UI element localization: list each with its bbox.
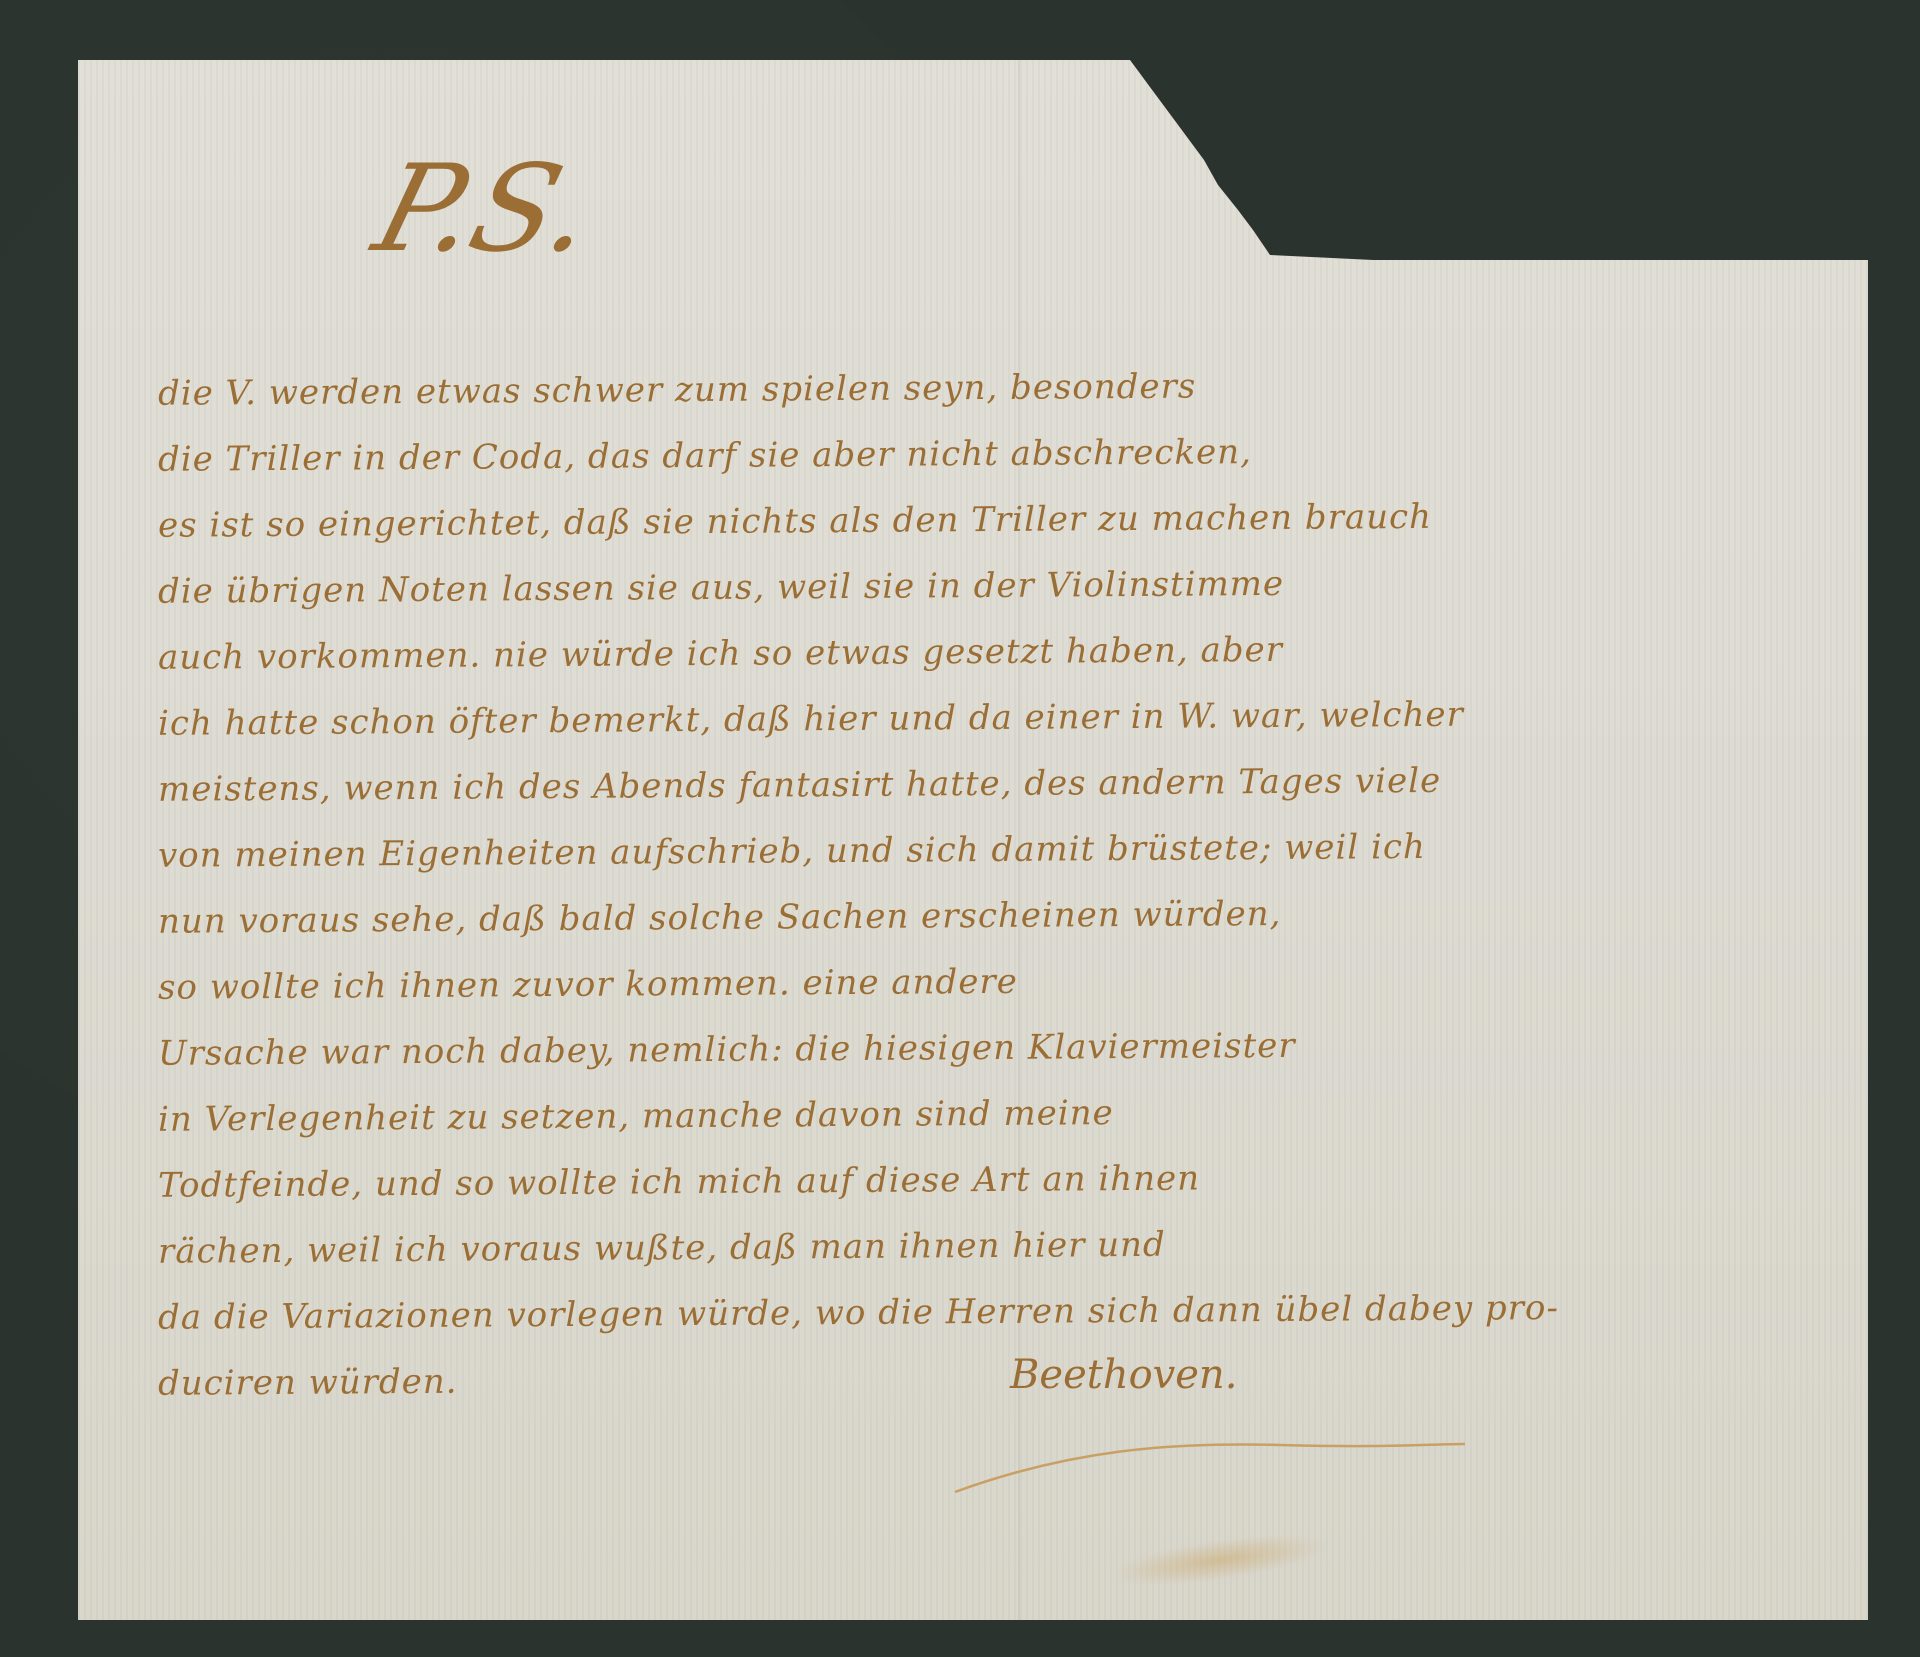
text-line: die V. werden etwas schwer zum spielen s… <box>158 349 1818 427</box>
text-line: so wollte ich ihnen zuvor kommen. eine a… <box>158 943 1818 1021</box>
text-line: es ist so eingerichtet, daß sie nichts a… <box>158 481 1818 559</box>
text-line: Todtfeinde, und so wollte ich mich auf d… <box>158 1141 1818 1219</box>
text-line: in Verlegenheit zu setzen, manche davon … <box>158 1075 1818 1153</box>
text-line: da die Variazionen vorlegen würde, wo di… <box>158 1273 1818 1351</box>
text-line: die übrigen Noten lassen sie aus, weil s… <box>158 547 1818 625</box>
text-line: meistens, wenn ich des Abends fantasirt … <box>158 745 1818 823</box>
text-line: auch vorkommen. nie würde ich so etwas g… <box>158 613 1818 691</box>
text-line: duciren würden. <box>158 1339 1818 1417</box>
postscript-heading: P.S. <box>364 150 607 270</box>
letter-body: die V. werden etwas schwer zum spielen s… <box>158 355 1818 1411</box>
signature: Beethoven. <box>1010 1352 1237 1398</box>
text-line: die Triller in der Coda, das darf sie ab… <box>158 415 1818 493</box>
text-line: rächen, weil ich voraus wußte, daß man i… <box>158 1207 1818 1285</box>
text-line: Ursache war noch dabey, nemlich: die hie… <box>158 1009 1818 1087</box>
signature-flourish-icon <box>950 1430 1470 1500</box>
text-line: ich hatte schon öfter bemerkt, daß hier … <box>158 679 1818 757</box>
text-line: nun voraus sehe, daß bald solche Sachen … <box>158 877 1818 955</box>
text-line: von meinen Eigenheiten aufschrieb, und s… <box>158 811 1818 889</box>
